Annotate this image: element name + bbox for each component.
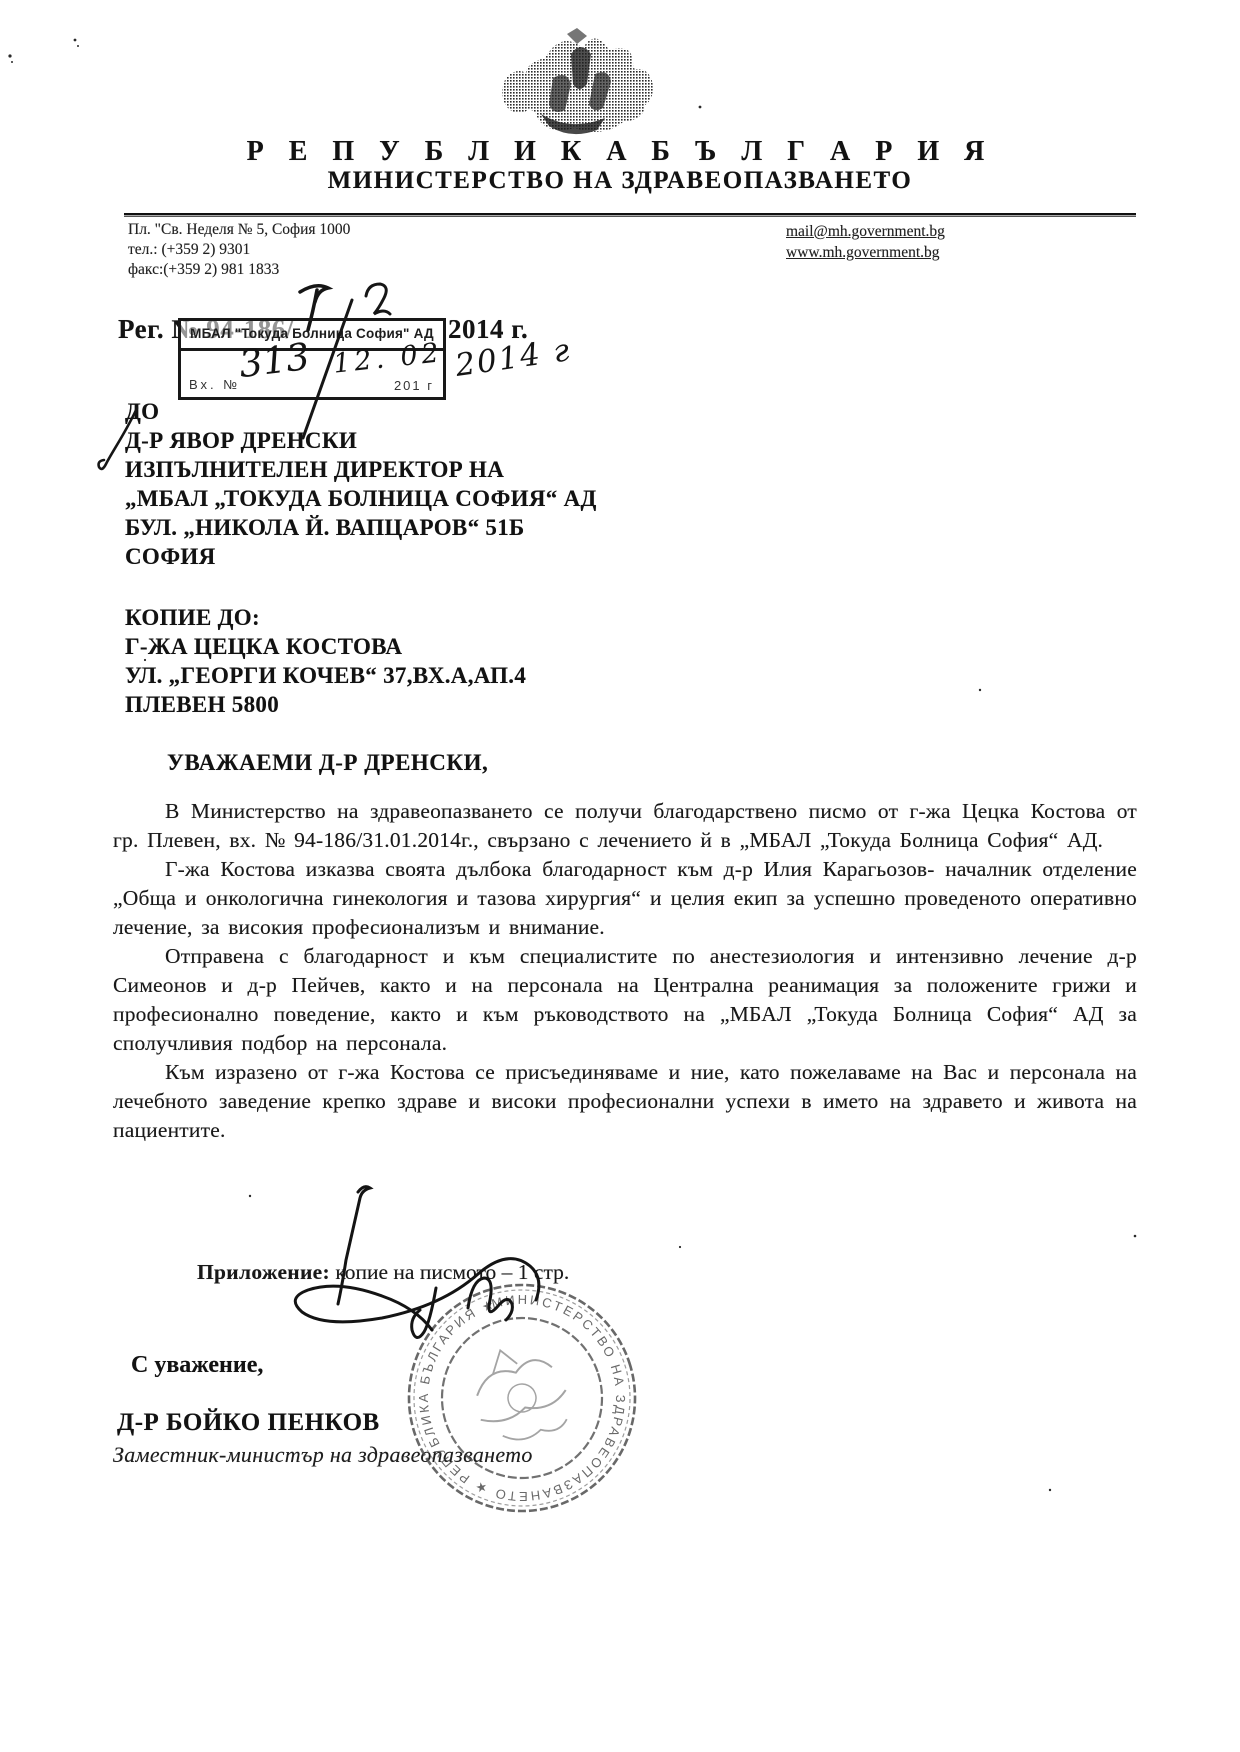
scanned-letter-page: Р Е П У Б Л И К А Б Ъ Л Г А Р И Я МИНИСТ… [0, 0, 1240, 1752]
handwritten-two [366, 284, 390, 314]
scan-noise [8, 39, 1136, 1492]
handwritten-checkmark [99, 408, 137, 469]
handwriting-overlay [0, 0, 1240, 1752]
